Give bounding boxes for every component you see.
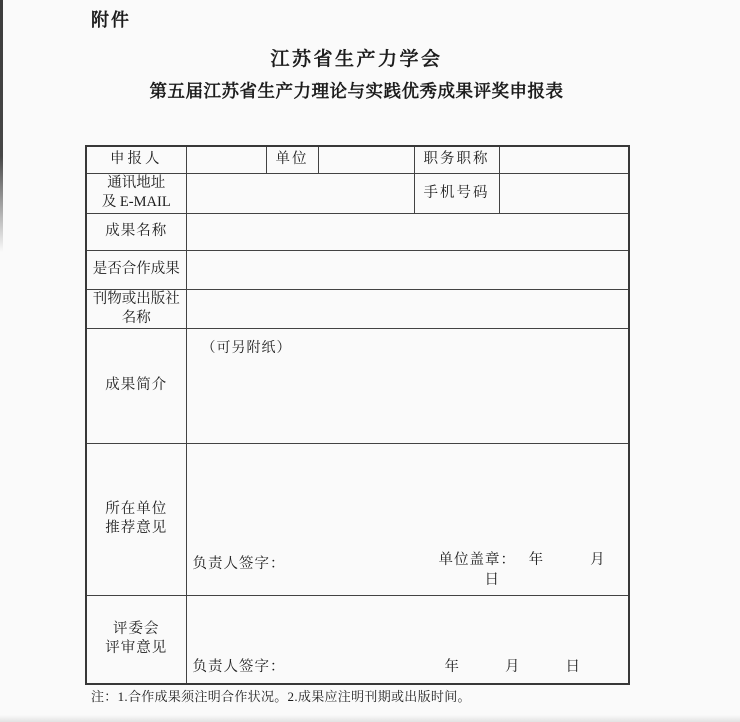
applicant-value-cell <box>186 146 266 173</box>
month-label: 月 <box>590 552 606 568</box>
attachment-label: 附件 <box>91 6 131 32</box>
row-publisher: 刊物或出版社 名称 <box>86 289 629 328</box>
jury-review-content-cell: 负责人签字： 年月日 <box>186 595 629 684</box>
mobile-value-cell <box>499 173 629 213</box>
scan-edge-artifact-bottom <box>0 715 740 722</box>
year-label: 年 <box>529 552 545 568</box>
scan-edge-artifact-left <box>0 0 3 252</box>
address-value-cell <box>186 173 414 213</box>
address-label-cell: 通讯地址 及 E-MAIL <box>86 173 186 213</box>
jury-year-label: 年 <box>445 659 460 675</box>
applicant-label-cell: 申报人 <box>86 146 186 173</box>
jury-day-label: 日 <box>566 659 581 675</box>
unit-seal-block: 单位盖章： 年月日 <box>439 550 629 590</box>
unit-seal-label: 单位盖章： <box>439 552 517 568</box>
cooperative-label-cell: 是否合作成果 <box>86 250 186 289</box>
day-label: 日 <box>485 572 501 588</box>
row-unit-recommendation: 所在单位 推荐意见 负责人签字： 单位盖章： 年月日 <box>86 443 629 595</box>
jury-signature-label: 负责人签字： <box>193 655 286 676</box>
application-form-table: 申报人 单位 职务职称 通讯地址 及 E-MAIL 手机号码 成果名称 是否合作… <box>85 145 630 685</box>
unit-label-cell: 单位 <box>266 146 318 173</box>
summary-label-cell: 成果简介 <box>86 328 186 443</box>
position-title-label-cell: 职务职称 <box>414 146 499 173</box>
row-achievement-name: 成果名称 <box>86 213 629 250</box>
jury-date-line: 年月日 <box>445 655 581 676</box>
jury-month-label: 月 <box>505 659 520 675</box>
jury-review-label-line1: 评委会 <box>87 620 186 639</box>
row-address: 通讯地址 及 E-MAIL 手机号码 <box>86 173 629 213</box>
organization-title: 江苏省生产力学会 <box>85 44 628 71</box>
form-title: 第五届江苏省生产力理论与实践优秀成果评奖申报表 <box>85 78 628 103</box>
achievement-name-value-cell <box>186 213 629 250</box>
unit-recommendation-content-cell: 负责人签字： 单位盖章： 年月日 <box>186 443 629 595</box>
jury-review-label-cell: 评委会 评审意见 <box>86 595 186 684</box>
unit-value-cell <box>318 146 414 173</box>
mobile-label-cell: 手机号码 <box>414 173 499 213</box>
unit-recommendation-label-line1: 所在单位 <box>87 500 186 519</box>
achievement-name-label-cell: 成果名称 <box>86 213 186 250</box>
jury-review-label-line2: 评审意见 <box>87 639 186 658</box>
unit-recommendation-label-cell: 所在单位 推荐意见 <box>86 443 186 595</box>
publisher-label-cell: 刊物或出版社 名称 <box>86 289 186 328</box>
row-applicant: 申报人 单位 职务职称 <box>86 146 629 173</box>
summary-value-cell: （可另附纸） <box>186 328 629 443</box>
unit-recommendation-label-line2: 推荐意见 <box>87 519 186 538</box>
publisher-label-line1: 刊物或出版社 <box>87 290 186 309</box>
row-cooperative: 是否合作成果 <box>86 250 629 289</box>
publisher-label-line2: 名称 <box>87 309 186 328</box>
footnote: 注：1.合作成果须注明合作状况。2.成果应注明刊期或出版时间。 <box>91 686 471 705</box>
publisher-value-cell <box>186 289 629 328</box>
summary-attach-hint: （可另附纸） <box>187 329 629 357</box>
row-summary: 成果简介 （可另附纸） <box>86 328 629 443</box>
row-jury-review: 评委会 评审意见 负责人签字： 年月日 <box>86 595 629 684</box>
address-label-line1: 通讯地址 <box>87 174 186 193</box>
position-title-value-cell <box>499 146 629 173</box>
responsible-signature-label: 负责人签字： <box>193 552 286 573</box>
address-label-line2: 及 E-MAIL <box>87 193 186 212</box>
cooperative-value-cell <box>186 250 629 289</box>
